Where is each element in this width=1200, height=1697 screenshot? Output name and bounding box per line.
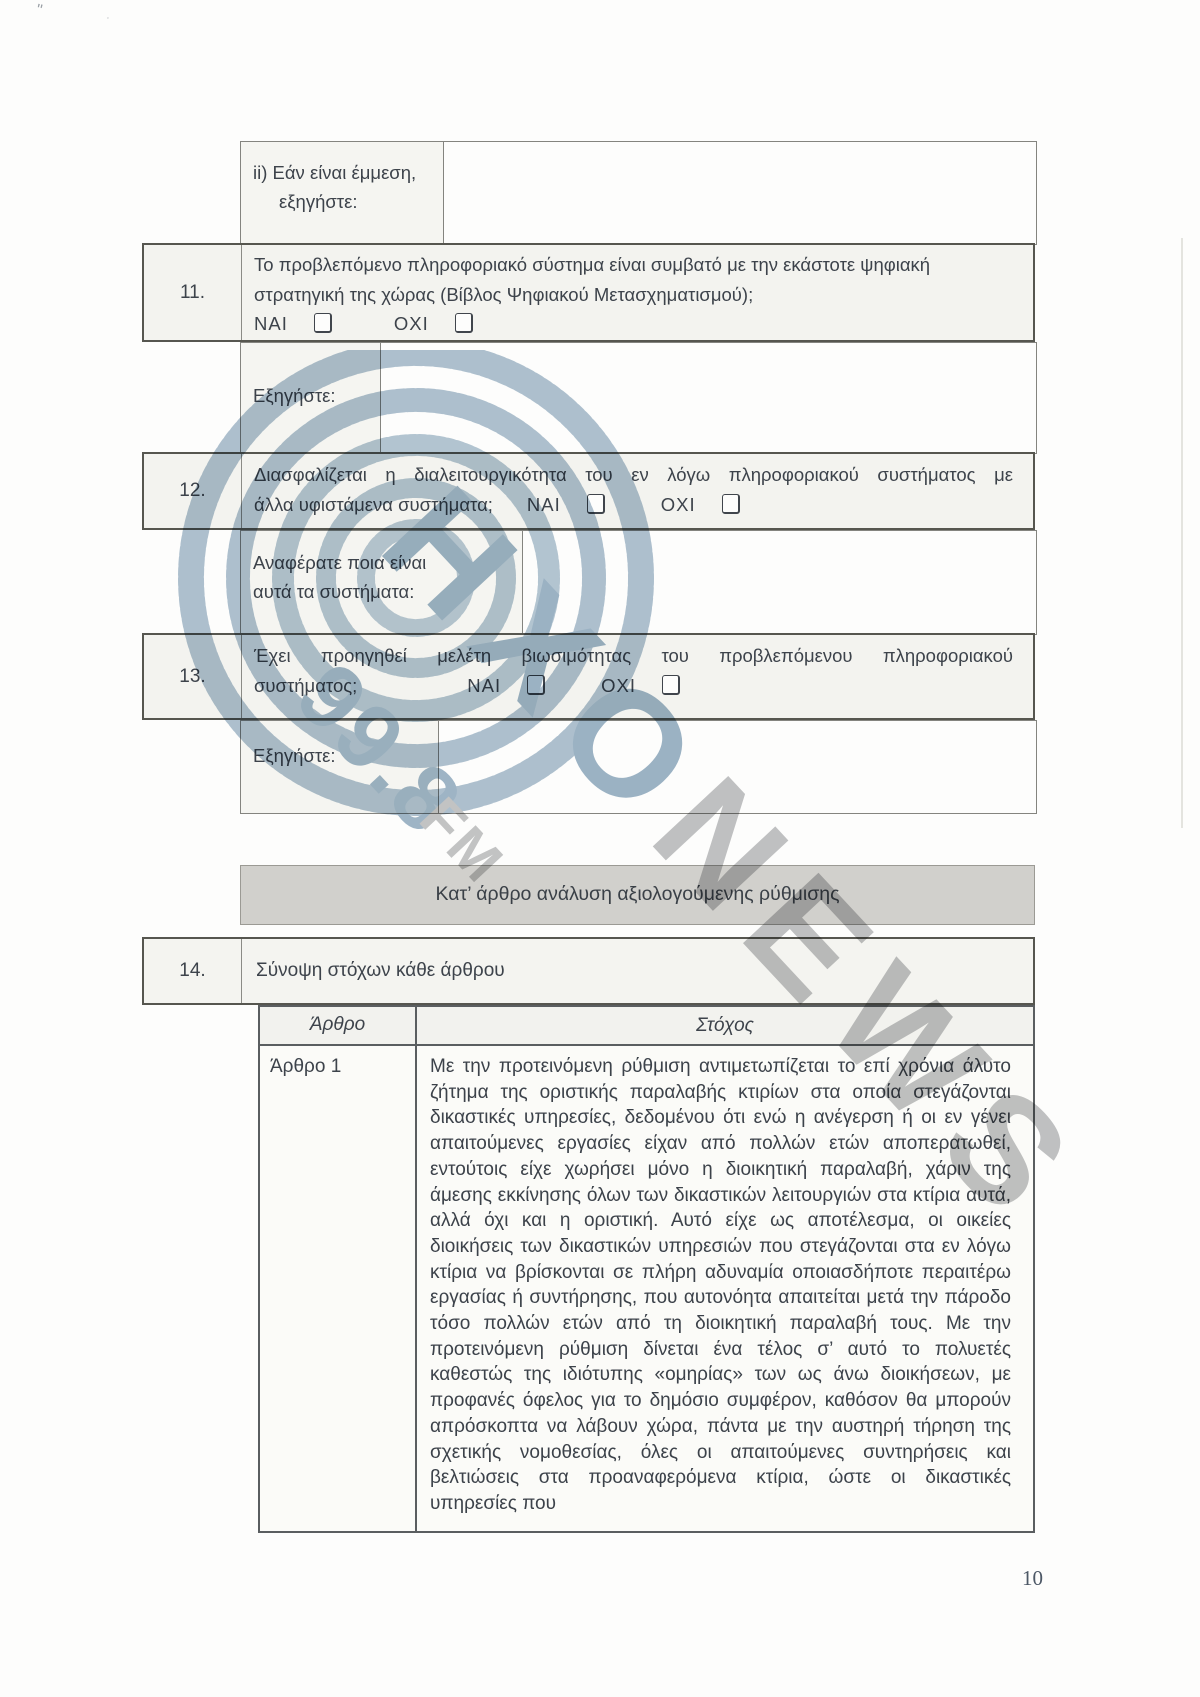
q13-no-checkbox[interactable] xyxy=(662,675,680,695)
explain-1-answer-cell[interactable] xyxy=(381,343,1036,453)
explain-2-answer-cell[interactable] xyxy=(439,721,1036,813)
question-13-text-line1: Έχει προηγηθεί μελέτη βιωσιμότητας του π… xyxy=(254,641,1013,671)
q13-yes-label: ΝΑΙ xyxy=(467,675,501,696)
scan-shadow-line xyxy=(1181,238,1183,828)
systems-answer-cell[interactable] xyxy=(523,531,1036,634)
q12-no-checkbox[interactable] xyxy=(722,494,740,514)
q11-no-label: ΟΧΙ xyxy=(394,313,429,334)
systems-label-line1: Αναφέρατε ποια είναι xyxy=(253,548,514,577)
question-14-number: 14. xyxy=(144,939,242,1003)
indirect-explain-label-cell: ii) Εάν είναι έμμεση, εξηγήστε: xyxy=(241,142,444,244)
indirect-answer-cell[interactable] xyxy=(444,142,1036,244)
question-12-text-line2: άλλα υφιστάμενα συστήματα; xyxy=(254,494,493,515)
indirect-label-line2: εξηγήστε: xyxy=(253,187,435,216)
explain-1-label: Εξηγήστε: xyxy=(253,381,372,410)
subtable-explain-2: Εξηγήστε: xyxy=(240,720,1037,814)
section-title: Κατ’ άρθρο ανάλυση αξιολογούμενης ρύθμισ… xyxy=(435,883,839,905)
q12-no-label: ΟΧΙ xyxy=(661,494,696,515)
indirect-label-line1: ii) Εάν είναι έμμεση, xyxy=(253,158,435,187)
question-13-number: 13. xyxy=(144,635,242,718)
systems-label-cell: Αναφέρατε ποια είναι αυτά τα συστήματα: xyxy=(241,531,523,634)
subtable-systems: Αναφέρατε ποια είναι αυτά τα συστήματα: xyxy=(240,530,1037,635)
scan-artifact-mark: ʺ xyxy=(34,2,44,21)
explain-2-label: Εξηγήστε: xyxy=(253,741,430,770)
question-12-text-line1: Διασφαλίζεται η διαλειτουργικότητα του ε… xyxy=(254,460,1013,490)
question-row-12: 12. Διασφαλίζεται η διαλειτουργικότητα τ… xyxy=(142,452,1035,530)
q11-yes-checkbox[interactable] xyxy=(314,313,332,333)
question-11-text-line1: Το προβλεπόμενο πληροφοριακό σύστημα είν… xyxy=(254,250,949,280)
question-11-text-line2: στρατηγική της χώρας (Βίβλος Ψηφιακού Με… xyxy=(254,280,949,310)
article-goals-table: Άρθρο Στόχος Άρθρο 1 Με την προτεινόμενη… xyxy=(258,1005,1035,1533)
question-row-14: 14. Σύνοψη στόχων κάθε άρθρου xyxy=(142,937,1035,1005)
explain-2-label-cell: Εξηγήστε: xyxy=(241,721,439,813)
question-row-13: 13. Έχει προηγηθεί μελέτη βιωσιμότητας τ… xyxy=(142,633,1035,720)
question-11-number: 11. xyxy=(144,245,242,340)
goal-column-header: Στόχος xyxy=(417,1015,1033,1037)
question-row-11: 11. Το προβλεπόμενο πληροφοριακό σύστημα… xyxy=(142,243,1035,342)
page-number: 10 xyxy=(1022,1566,1043,1591)
question-14-label: Σύνοψη στόχων κάθε άρθρου xyxy=(242,939,1033,1003)
subtable-explain-1: Εξηγήστε: xyxy=(240,342,1037,454)
q11-no-checkbox[interactable] xyxy=(455,313,473,333)
scan-artifact-mark: ˑ xyxy=(106,12,110,28)
question-12-number: 12. xyxy=(144,454,242,528)
question-13-text-line2: συστήματος; xyxy=(254,675,357,696)
section-title-bar: Κατ’ άρθρο ανάλυση αξιολογούμενης ρύθμισ… xyxy=(240,865,1035,925)
article-column-header: Άρθρο xyxy=(260,1007,417,1044)
q13-yes-checkbox[interactable] xyxy=(527,675,545,695)
q13-no-label: ΟΧΙ xyxy=(601,675,636,696)
explain-1-label-cell: Εξηγήστε: xyxy=(241,343,381,453)
q12-yes-label: ΝΑΙ xyxy=(527,494,561,515)
article-table-row: Άρθρο 1 Με την προτεινόμενη ρύθμιση αντι… xyxy=(260,1046,1033,1531)
q11-yes-label: ΝΑΙ xyxy=(254,313,288,334)
subtable-indirect-explain: ii) Εάν είναι έμμεση, εξηγήστε: xyxy=(240,141,1037,245)
goal-cell: Με την προτεινόμενη ρύθμιση αντιμετωπίζε… xyxy=(417,1046,1033,1531)
q12-yes-checkbox[interactable] xyxy=(587,494,605,514)
scanned-form-page: ʺ ˑ ii) Εάν είναι έμμεση, εξηγήστε: 11. … xyxy=(0,0,1200,1697)
article-cell: Άρθρο 1 xyxy=(260,1046,417,1531)
systems-label-line2: αυτά τα συστήματα: xyxy=(253,577,514,606)
article-table-header: Άρθρο Στόχος xyxy=(260,1007,1033,1046)
